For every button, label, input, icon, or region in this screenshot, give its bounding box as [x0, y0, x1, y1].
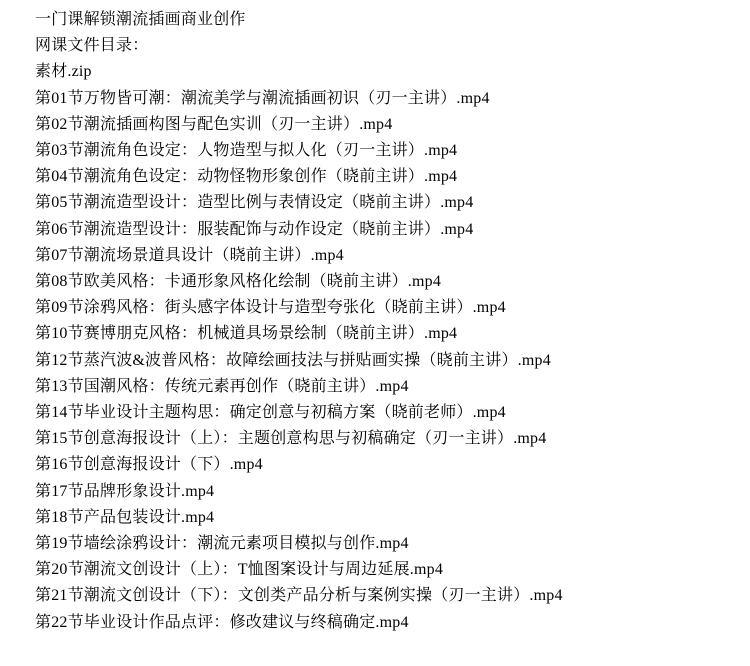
file-list-item: 第06节潮流造型设计：服装配饰与动作设定（晓前主讲）.mp4	[35, 217, 740, 243]
file-list-item: 第12节蒸汽波&波普风格：故障绘画技法与拼贴画实操（晓前主讲）.mp4	[35, 348, 740, 374]
file-list-item: 第21节潮流文创设计（下）：文创类产品分析与案例实操（刃一主讲）.mp4	[35, 583, 740, 609]
file-list-item: 第16节创意海报设计（下）.mp4	[35, 452, 740, 478]
file-list-item: 第08节欧美风格：卡通形象风格化绘制（晓前主讲）.mp4	[35, 269, 740, 295]
course-file-directory: 一门课解锁潮流插画商业创作 网课文件目录： 素材.zip 第01节万物皆可潮：潮…	[0, 0, 750, 636]
file-list-item: 第10节赛博朋克风格：机械道具场景绘制（晓前主讲）.mp4	[35, 321, 740, 347]
file-list-item: 第20节潮流文创设计（上）：T恤图案设计与周边延展.mp4	[35, 557, 740, 583]
file-list-item: 第07节潮流场景道具设计（晓前主讲）.mp4	[35, 243, 740, 269]
file-list-item: 第14节毕业设计主题构思：确定创意与初稿方案（晓前老师）.mp4	[35, 400, 740, 426]
file-list-item: 第15节创意海报设计（上）：主题创意构思与初稿确定（刃一主讲）.mp4	[35, 426, 740, 452]
file-list-item: 第05节潮流造型设计：造型比例与表情设定（晓前主讲）.mp4	[35, 190, 740, 216]
file-list-item: 第03节潮流角色设定：人物造型与拟人化（刃一主讲）.mp4	[35, 138, 740, 164]
file-list-item: 第18节产品包装设计.mp4	[35, 505, 740, 531]
file-list-item: 第02节潮流插画构图与配色实训（刃一主讲）.mp4	[35, 112, 740, 138]
file-list-item: 第19节墙绘涂鸦设计：潮流元素项目模拟与创作.mp4	[35, 531, 740, 557]
course-title: 一门课解锁潮流插画商业创作	[35, 7, 740, 33]
file-list-item: 第17节品牌形象设计.mp4	[35, 479, 740, 505]
file-list-item: 第04节潮流角色设定：动物怪物形象创作（晓前主讲）.mp4	[35, 164, 740, 190]
directory-label: 网课文件目录：	[35, 33, 740, 59]
file-list-item: 第13节国潮风格：传统元素再创作（晓前主讲）.mp4	[35, 374, 740, 400]
file-list-item: 第22节毕业设计作品点评：修改建议与终稿确定.mp4	[35, 610, 740, 636]
file-list-item: 第01节万物皆可潮：潮流美学与潮流插画初识（刃一主讲）.mp4	[35, 86, 740, 112]
file-list-item: 素材.zip	[35, 59, 740, 85]
file-list-item: 第09节涂鸦风格：街头感字体设计与造型夸张化（晓前主讲）.mp4	[35, 295, 740, 321]
